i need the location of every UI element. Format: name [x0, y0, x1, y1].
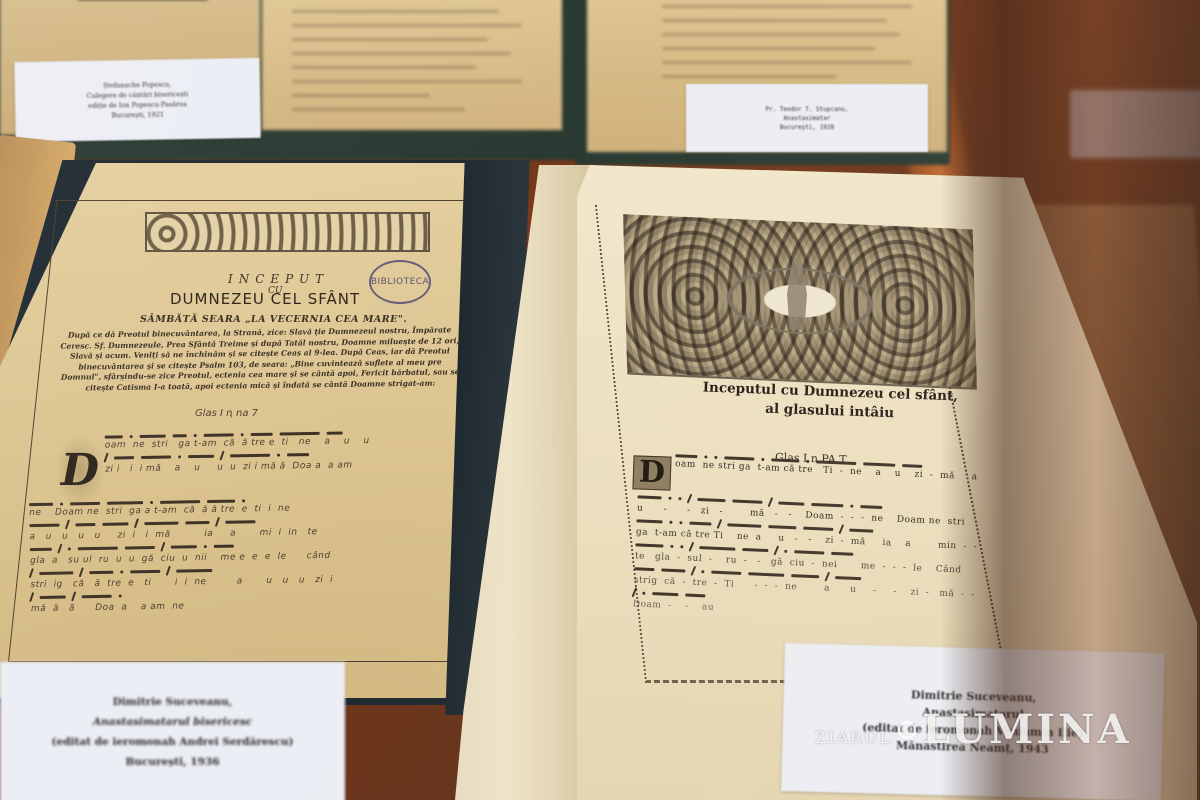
left-page-chant-notation-lower: ne Doam ne stri ga a t-am că ă ă tre e t… [29, 497, 391, 614]
label-author: Pr. Teodor T. Stupcanu, [765, 105, 848, 114]
stamp-text: BIBLIOTECA [371, 277, 429, 287]
left-page-title-main: DUMNEZEU CEL SFÂNT [170, 290, 360, 308]
ziarul-lumina-watermark: ZIARUL LUMINA [815, 706, 1132, 753]
label-title: Anastasimatar [784, 114, 831, 123]
label-edition: (editat de ieromonah Andrei Serdărescu) [52, 732, 294, 752]
label-place-year: București, 1921 [111, 110, 164, 121]
watermark-emblem-icon [898, 721, 916, 739]
library-stamp: BIBLIOTECA [369, 260, 431, 304]
blurred-text-block [662, 5, 912, 78]
glass-reflection-overlay [940, 0, 1200, 800]
label-author: Dimitrie Suceveanu, [113, 692, 233, 712]
label-place-year: București, 1936 [125, 752, 219, 772]
exhibit-label-top-left: Ștefanache Popescu, Culegere de cântări … [14, 58, 260, 142]
left-page-rubric-paragraph: După ce dă Preotul binecuvântarea, la St… [60, 325, 461, 394]
exhibit-label-top-right: Pr. Teodor T. Stupcanu, Anastasimatar Bu… [686, 84, 928, 152]
exhibit-label-bottom-left: Dimitrie Suceveanu, Anastasimatarul bise… [0, 662, 345, 800]
left-page-mode-indicator: Glas I ꞑ na 7 [195, 408, 258, 419]
left-page-chant-notation: oam ne stri ga t-am că ă tre e ti ne a u… [105, 430, 406, 474]
right-page-ornate-initial: D [632, 455, 671, 490]
watermark-prefix: ZIARUL [815, 728, 892, 747]
blurred-text-block [292, 10, 522, 111]
watermark-name: LUMINA [922, 706, 1131, 753]
label-title: Anastasimatarul bisericesc [93, 712, 252, 732]
label-place-year: București, 1928 [780, 123, 834, 132]
ornamental-header-band [145, 212, 430, 252]
museum-display-scene: Ștefanache Popescu, Culegere de cântări … [0, 0, 1200, 800]
left-page-subtitle: SÂMBĂTĂ SEARA „LA VECERNIA CEA MARE". [140, 314, 407, 325]
left-page-title-top: INCEPUT [228, 272, 329, 286]
left-page-ornate-initial: D [55, 433, 105, 508]
background-book-right-page [262, 0, 562, 130]
